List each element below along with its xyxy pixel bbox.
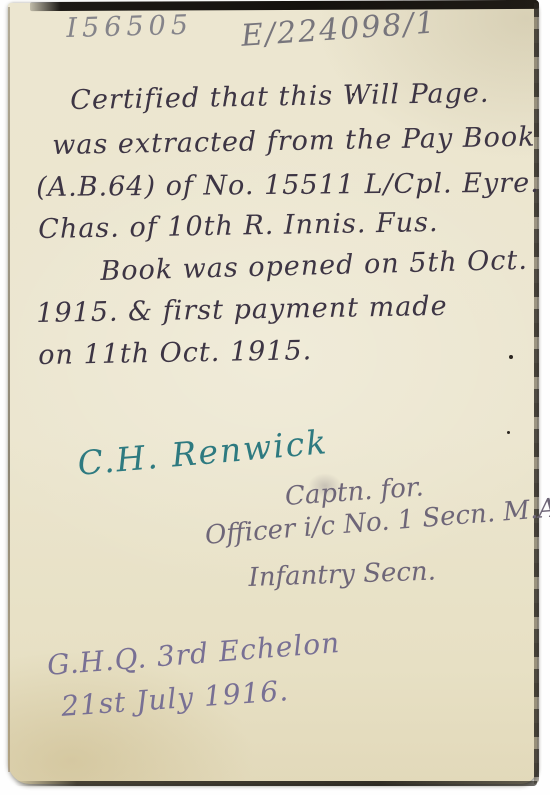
paper-bottom-edge-shadow <box>14 781 537 786</box>
certification-line-2: was extracted from the Pay Book <box>52 122 536 161</box>
certification-line-5: Book was opened on 5th Oct. <box>100 245 528 287</box>
paper-right-torn-edge <box>534 3 539 784</box>
certification-line-3: (A.B.64) of No. 15511 L/Cpl. Eyre. <box>36 168 540 203</box>
paper-top-edge-shadow <box>30 0 539 11</box>
certification-line-6: 1915. & first payment made <box>36 291 448 329</box>
ghq-echelon-line: G.H.Q. 3rd Echelon <box>46 626 341 682</box>
reference-number-top-left: I56505 <box>66 10 193 44</box>
ink-speck <box>509 355 513 359</box>
signature: C.H. Renwick <box>76 422 330 483</box>
ink-speck <box>507 431 510 434</box>
date-line: 21st July 1916. <box>60 674 290 723</box>
reference-number-top-right: E/224098/1 <box>240 5 438 54</box>
scanned-document-screenshot: { "annotations": { "ref_top_left": "I565… <box>0 0 550 795</box>
paper-page: I56505 E/224098/1 Certified that this Wi… <box>8 3 537 784</box>
certification-line-7: on 11th Oct. 1915. <box>38 335 312 371</box>
signer-section-line: Infantry Secn. <box>248 556 436 593</box>
paper-left-edge-line <box>8 7 10 772</box>
certification-line-4: Chas. of 10th R. Innis. Fus. <box>38 207 439 245</box>
certification-line-1: Certified that this Will Page. <box>70 78 490 116</box>
